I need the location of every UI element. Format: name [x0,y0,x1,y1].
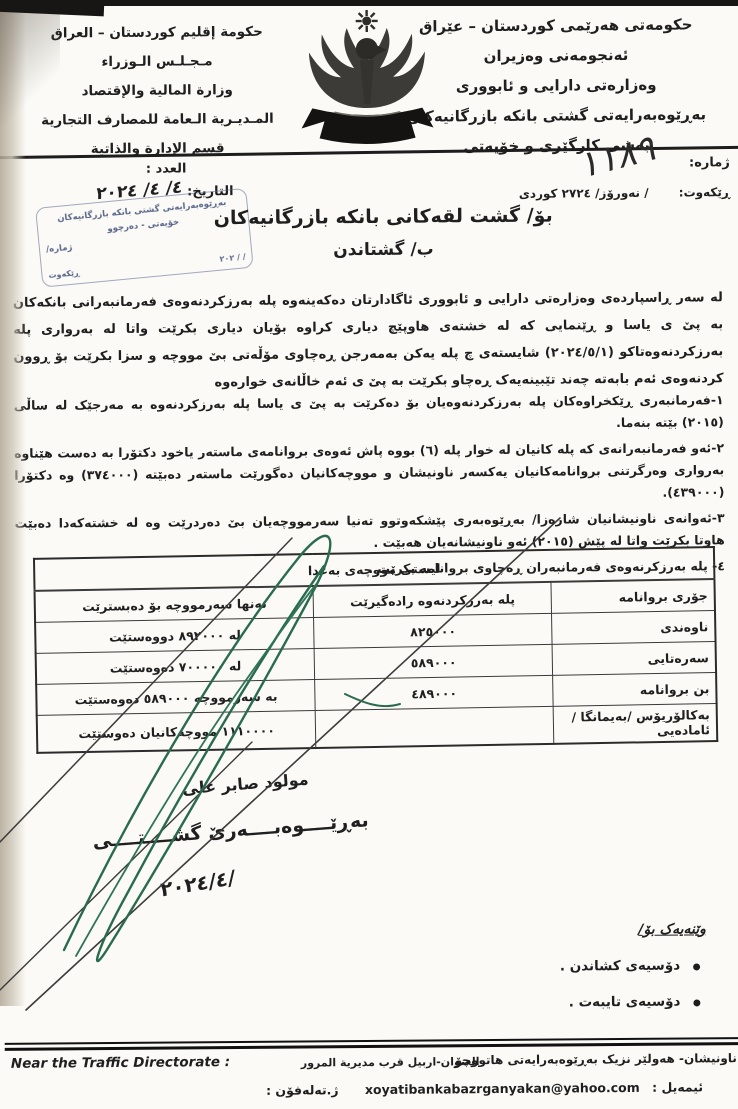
cell-grade: ٤٨٩٠٠٠ [315,675,554,710]
subject-re-line: ب/ گشتاندن [158,238,608,262]
copy-to-heading: وێنەیەک بۆ/ [456,921,706,939]
date-value-kurdish: / نەورۆز/ ٢٧٢٤ کوردی [519,186,649,201]
scanned-official-letter: حکومەتی هەرێمی کوردستان – عێراق ئەنجومەن… [0,0,738,1109]
document-number-label-kurdish: ژمارە: [689,155,730,170]
letterhead-ar-line: وزارة المالية والإقتصاد [23,76,291,107]
cell-salary: لە ٧٠٠٠٠٠ دەوەستێت [36,649,315,685]
letterhead-ar-line: حكومة إقليم كوردستان – العراق [23,18,291,49]
point-2: ٢-ئەو فەرمانبەرانەی کە پلە کانیان لە خوا… [14,437,724,509]
signature-block: مولود صابر علی بەڕێــــوەبــــەرێ گشــــ… [29,776,370,892]
cell-salary: لە ٨٩٢٠٠٠ دووەستێت [35,618,314,654]
handwritten-signature-date: ٢٠٢٤/٤/ [160,855,300,902]
cell-type: بن بروانامە [553,673,717,707]
footer-address-arabic: العنوان-اربيل قرب مديرية المرور [301,1055,480,1069]
letterhead-arabic: حكومة إقليم كوردستان – العراق مـجـلـس ال… [23,18,292,165]
footer-address-english: Near the Traffic Directorate : [11,1054,230,1072]
letter-subject: بۆ/ گشت لقەکانی بانکە بازرگانیەکان ب/ گش… [158,204,608,262]
letterhead-ar-line: المـديـرية الـعامة للمصارف التجارية [23,105,291,136]
cell-type: ناوەندی [552,611,716,645]
scan-edge-left [0,6,26,1006]
document-number-label-arabic: العدد : [146,161,187,176]
cell-grade [315,706,554,748]
cell-type: سەرەتایی [552,642,716,676]
cell-salary: بە سەرمووچە ٥٨٩٠٠٠ دەوەستێت [36,680,315,716]
stamp-date-label: ڕێکەوت [48,265,80,283]
kurdistan-emblem-icon [294,7,441,150]
phone-label: ژ.تەلەفۆن : [266,1082,339,1098]
footer-contact-row: ئیمەیل : xoyatibankabazrganyakan@yahoo.c… [266,1079,703,1097]
signer-name: مولود صابر علی [48,765,369,809]
document-date-kurdish: ڕێکەوت: / نەورۆز/ ٢٧٢٤ کوردی [519,185,730,201]
cell-grade: ٨٢٥٠٠٠ [314,613,553,648]
cell-salary: ١١١٠٠٠٠ مووچەکانیان دەوستێت [37,711,316,753]
copy-to-list: وێنەیەک بۆ/ دۆسیەی کشاندن . دۆسیەی تایبە… [456,921,707,1011]
scan-shadow [0,6,60,126]
email-label: ئیمەیل : [652,1079,703,1094]
signer-title: بەڕێــــوەبــــەرێ گشــــتــــی [29,809,370,857]
copy-item: دۆسیەی تایبەت . [456,993,706,1011]
scan-edge-top [0,0,738,6]
baghdad-salary-table: لیستی مووچەی بەغدا جۆری بروانامە پلە بەر… [33,546,718,754]
letterhead-ar-line: قسم الإدارة والذاتية [24,134,292,165]
footer-address-kurdish: ناونیشان- هەولێر نزیک بەڕێوەبەرایەتی هات… [455,1051,737,1067]
col-header-salary-cap: تەنها سەرمووچە بۆ دەبسترێت [35,586,314,622]
col-header-certificate-type: جۆری بروانامە [551,579,715,613]
body-intro-paragraph: لە سەر ڕاسپاردەی وەزارەتی دارایی و ئابوو… [13,284,724,398]
col-header-promotion: پلە بەرزکردنەوە رادەگیرێت [313,582,552,618]
cell-type: بەکالۆریۆس /بەیمانگا /ئامادەیی [553,704,717,744]
letterhead-ar-line: مـجـلـس الـوزراء [23,47,291,78]
date-label-kurdish: ڕێکەوت: [679,185,730,199]
point-1: ١-فەرمانبەری ڕێکخراوەکان پلە بەرزکردنەوە… [14,389,724,439]
email-address: xoyatibankabazrganyakan@yahoo.com [365,1080,640,1097]
cell-grade: ٥٨٩٠٠٠ [314,644,553,679]
subject-to-line: بۆ/ گشت لقەکانی بانکە بازرگانیەکان [158,204,608,230]
copy-item: دۆسیەی کشاندن . [456,957,706,975]
